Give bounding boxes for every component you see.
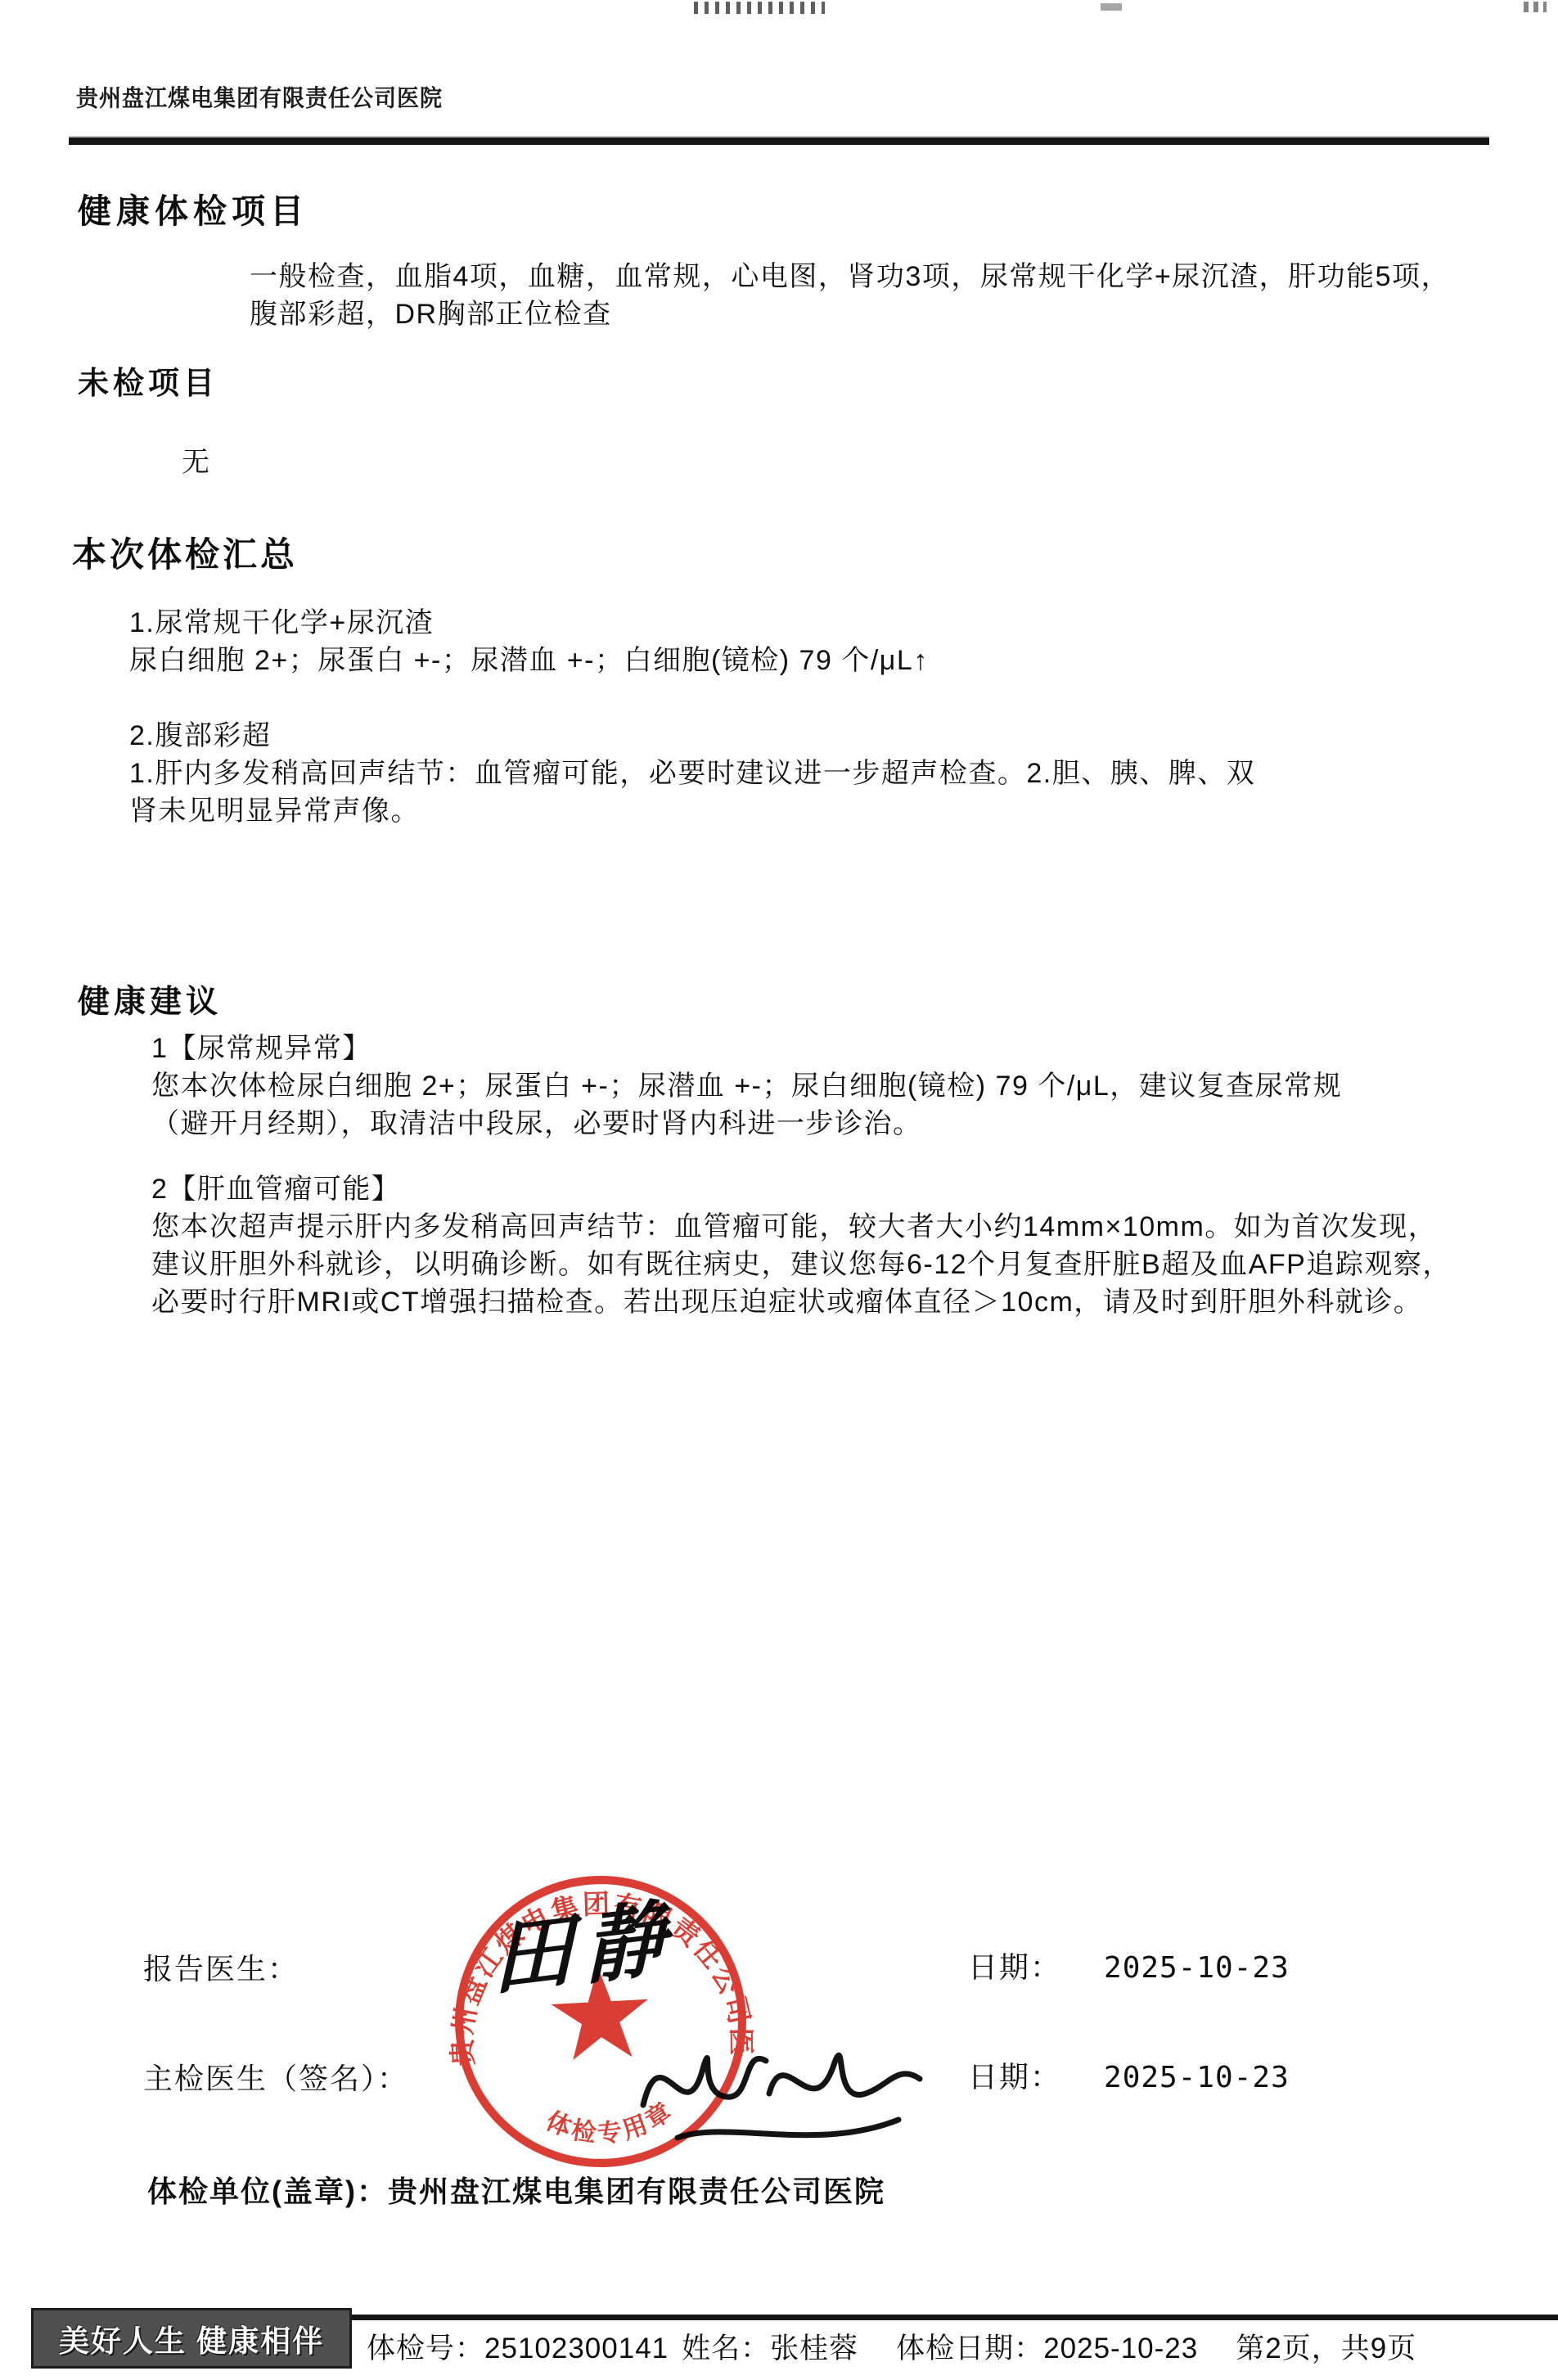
svg-text:贵州盘江煤电集团有限责任公司医院: 贵州盘江煤电集团有限责任公司医院: [436, 1857, 757, 2074]
name-label: 姓名：: [682, 2326, 770, 2367]
advice-item-heading: 1【尿常规异常】: [151, 1030, 371, 1067]
summary-item-detail: 尿白细胞 2+；尿蛋白 +-；尿潜血 +-；白细胞(镜检) 79 个/μL↑: [129, 642, 1463, 679]
scan-artifact: [694, 2, 825, 14]
report-date-value: 2025-10-23: [1104, 1951, 1290, 1985]
exam-items-body: 一般检查，血脂4项，血糖，血常规，心电图，肾功3项，尿常规干化学+尿沉渣，肝功能…: [250, 258, 1469, 333]
unexamined-value: 无: [182, 444, 211, 481]
exam-no-label: 体检号：: [367, 2326, 484, 2367]
seal-ring-text: 贵州盘江煤电集团有限责任公司医院: [436, 1857, 757, 2074]
svg-text:体检专用章: 体检专用章: [541, 2094, 681, 2151]
hospital-name-header: 贵州盘江煤电集团有限责任公司医院: [76, 79, 443, 113]
summary-item-heading: 2.腹部彩超: [129, 717, 271, 755]
chief-date-row: 日期：2025-10-23: [968, 2054, 1290, 2096]
exam-date-value: 2025-10-23: [1043, 2333, 1198, 2365]
summary-item-detail: 1.肝内多发稍高回声结节：血管瘤可能，必要时建议进一步超声检查。2.胆、胰、脾、…: [129, 755, 1259, 830]
advice-item-detail: 您本次体检尿白细胞 2+；尿蛋白 +-；尿潜血 +-；尿白细胞(镜检) 79 个…: [151, 1067, 1354, 1143]
exam-unit-line: 体检单位(盖章)：贵州盘江煤电集团有限责任公司医院: [147, 2169, 885, 2211]
footer-info-line: 体检号：25102300141 姓名：张桂蓉 体检日期：2025-10-23 第…: [367, 2326, 1545, 2367]
report-doctor-label: 报告医生：: [143, 1946, 299, 1988]
date-label: 日期：: [968, 1950, 1061, 1984]
date-label: 日期：: [968, 2060, 1061, 2094]
scan-artifact: [1524, 2, 1547, 12]
footer-slogan-box: 美好人生 健康相伴: [31, 2308, 352, 2369]
page-info: 第2页，共9页: [1236, 2326, 1416, 2367]
name-value: 张桂蓉: [770, 2326, 858, 2367]
header-divider: [69, 137, 1489, 145]
section-title-advice: 健康建议: [78, 976, 222, 1022]
advice-item-heading: 2【肝血管瘤可能】: [151, 1170, 400, 1208]
seal-bottom-text: 体检专用章: [541, 2094, 681, 2151]
footer-divider: [344, 2315, 1558, 2320]
scan-artifact: [1101, 3, 1122, 11]
seal-star-icon: [549, 1964, 651, 2062]
advice-item-detail: 您本次超声提示肝内多发稍高回声结节：血管瘤可能，较大者大小约14mm×10mm。…: [151, 1208, 1452, 1321]
section-title-exam-items: 健康体检项目: [78, 184, 308, 232]
hospital-seal-stamp: 贵州盘江煤电集团有限责任公司医院 体检专用章: [436, 1857, 764, 2185]
section-title-summary: 本次体检汇总: [72, 528, 298, 577]
summary-item-heading: 1.尿常规干化学+尿沉渣: [129, 604, 434, 642]
report-date-row: 日期：2025-10-23: [968, 1945, 1290, 1986]
section-title-unexamined: 未检项目: [78, 358, 218, 403]
exam-date-label: 体检日期：: [896, 2326, 1043, 2367]
report-page: 贵州盘江煤电集团有限责任公司医院 健康体检项目 一般检查，血脂4项，血糖，血常规…: [0, 0, 1558, 2380]
footer-slogan: 美好人生 健康相伴: [59, 2316, 324, 2360]
chief-date-value: 2025-10-23: [1104, 2061, 1290, 2094]
chief-doctor-label: 主检医生（签名）：: [143, 2056, 408, 2098]
exam-no-value: 25102300141: [484, 2333, 669, 2365]
